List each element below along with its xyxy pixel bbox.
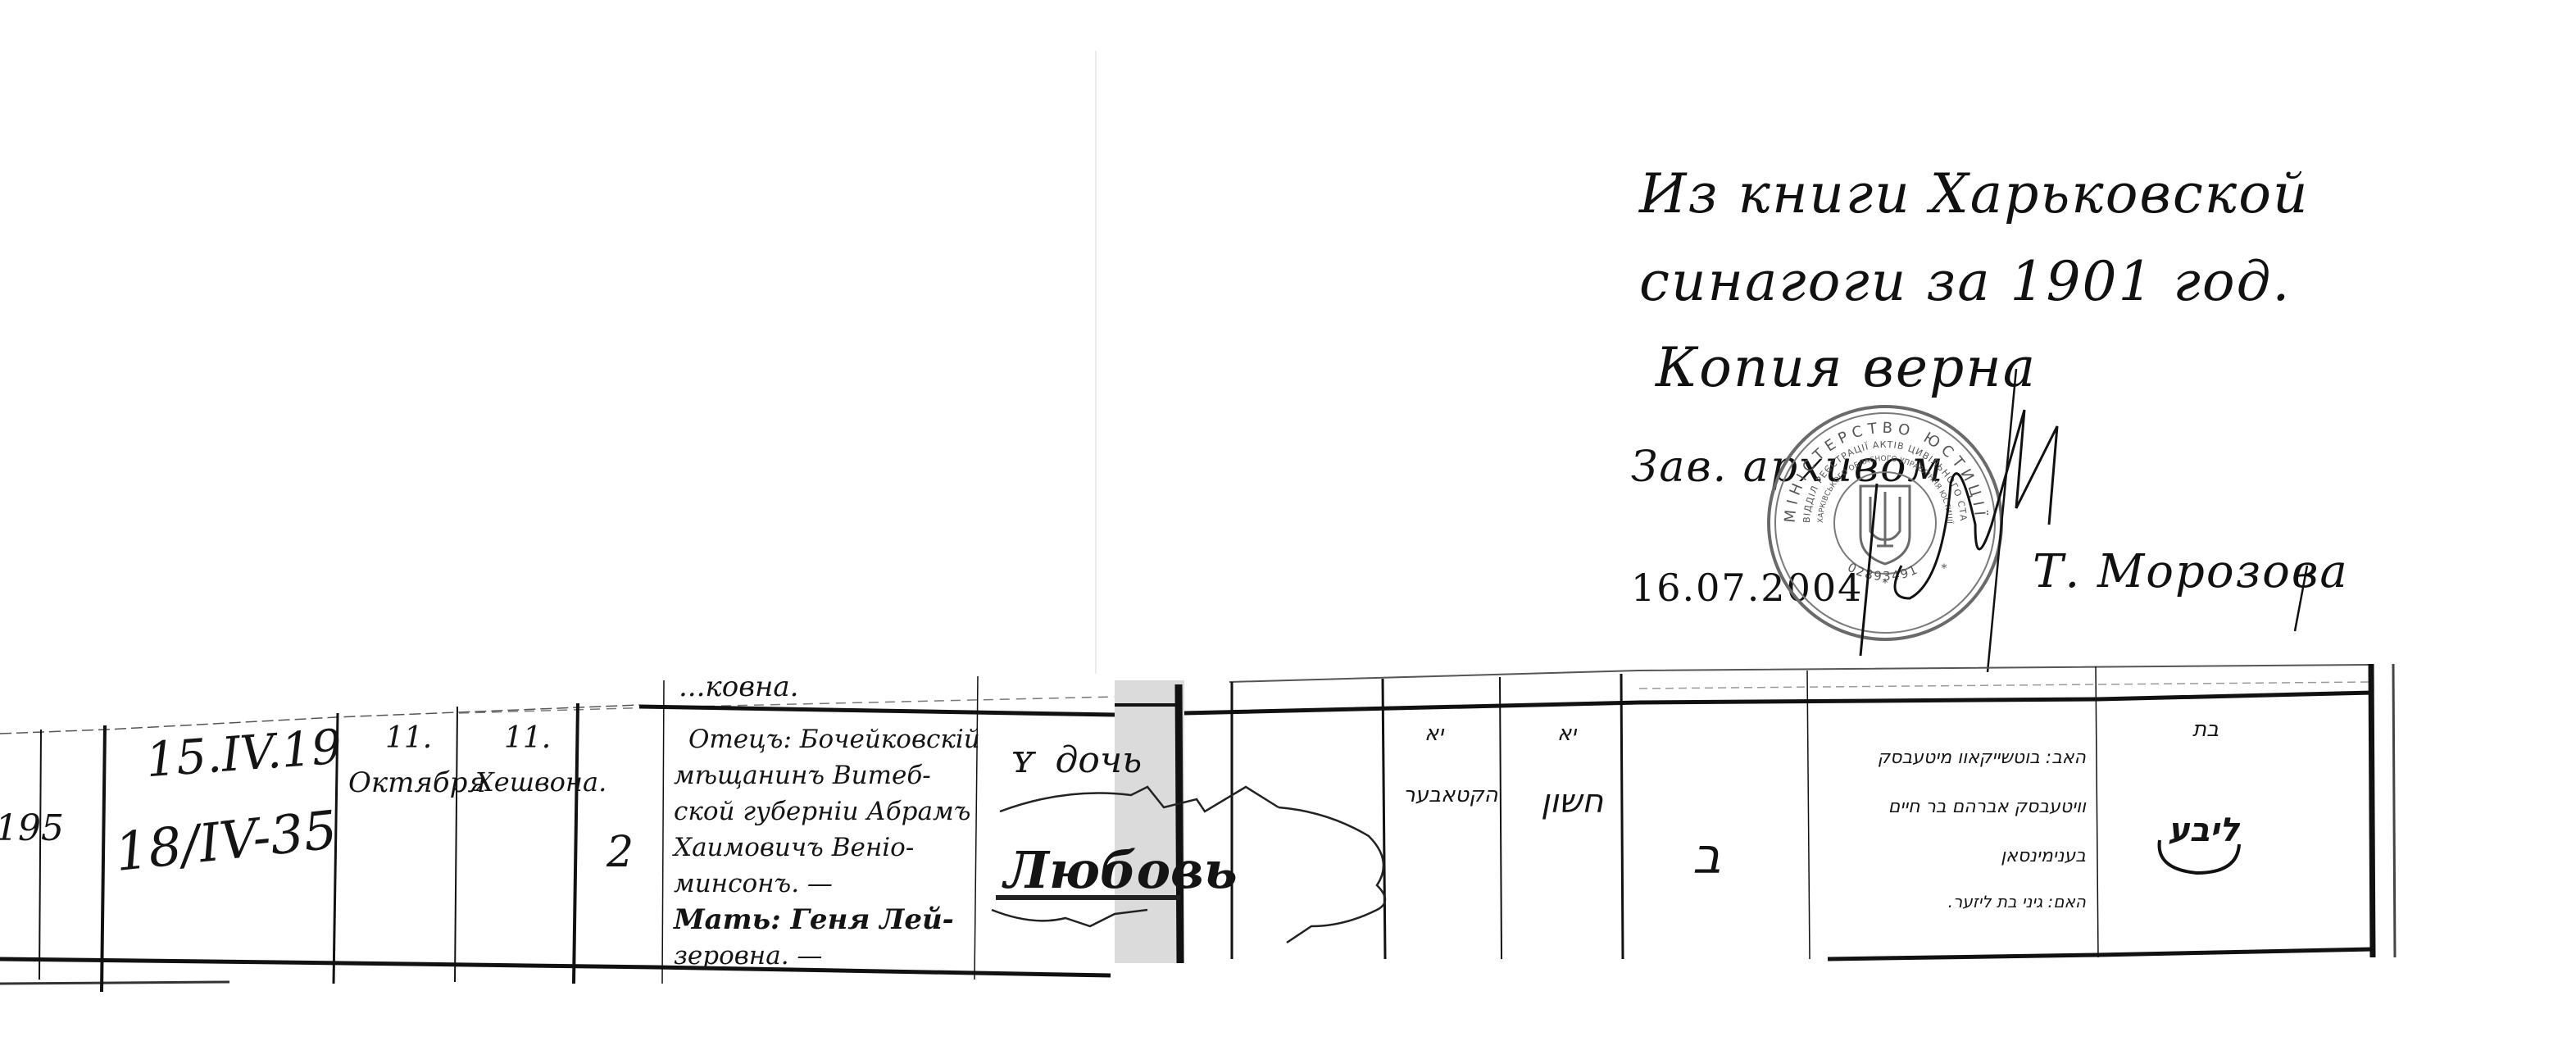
birth-day: 11. <box>385 721 432 755</box>
hebrew-parents-line: וויטעבסק אברהם בר חיים <box>1815 783 2086 832</box>
hebrew-parents-line: האם: גיני בת ליזער. <box>1815 881 2086 922</box>
parents-line: Хаимовичъ Веніо- <box>674 830 977 866</box>
jewish-day: 11. <box>504 721 551 755</box>
parents-line: Отецъ: Бочейковскій <box>688 721 977 757</box>
parents-line: зеровна. — <box>674 938 977 974</box>
hebrew-jewish-month: חשון <box>1541 783 1603 821</box>
hebrew-parents-line: האב: בוטשייקאוו מיטעבסק <box>1815 734 2086 783</box>
child-gender-text: дочь <box>1055 739 1142 781</box>
birth-month: Октября <box>348 766 486 799</box>
hebrew-gender: בת <box>2192 717 2219 742</box>
name-underline-flourish <box>2156 836 2246 885</box>
record-number: 195 <box>0 807 64 849</box>
child-gender: ʏдочь <box>1010 736 1142 782</box>
jewish-month: Хешвона. <box>475 766 570 798</box>
parents-line: мѣщанинъ Витеб- <box>674 757 977 793</box>
hebrew-civil-month: הקטאבער <box>1403 783 1498 807</box>
hebrew-jewish-day-label: יא <box>1557 721 1576 746</box>
hebrew-day-label: יא <box>1424 721 1443 746</box>
child-name: Любовь <box>1004 840 1238 900</box>
parents-line: Мать: Геня Лей- <box>674 902 977 938</box>
parents-line: минсонъ. — <box>674 866 977 902</box>
hebrew-parents-cell: האב: בוטשייקאוו מיטעבסק וויטעבסק אברהם ב… <box>1815 734 2086 922</box>
previous-row-fragment: ...ковна. <box>679 671 798 703</box>
parents-line: ской губерніи Абрамъ <box>674 793 977 830</box>
circumcision-mark: 2 <box>607 828 634 877</box>
parents-cell: Отецъ: Бочейковскій мѣщанинъ Витеб- ской… <box>674 721 977 974</box>
hebrew-parents-line: בענימינסאן <box>1815 832 2086 881</box>
hebrew-mark: ב <box>1692 828 1721 885</box>
